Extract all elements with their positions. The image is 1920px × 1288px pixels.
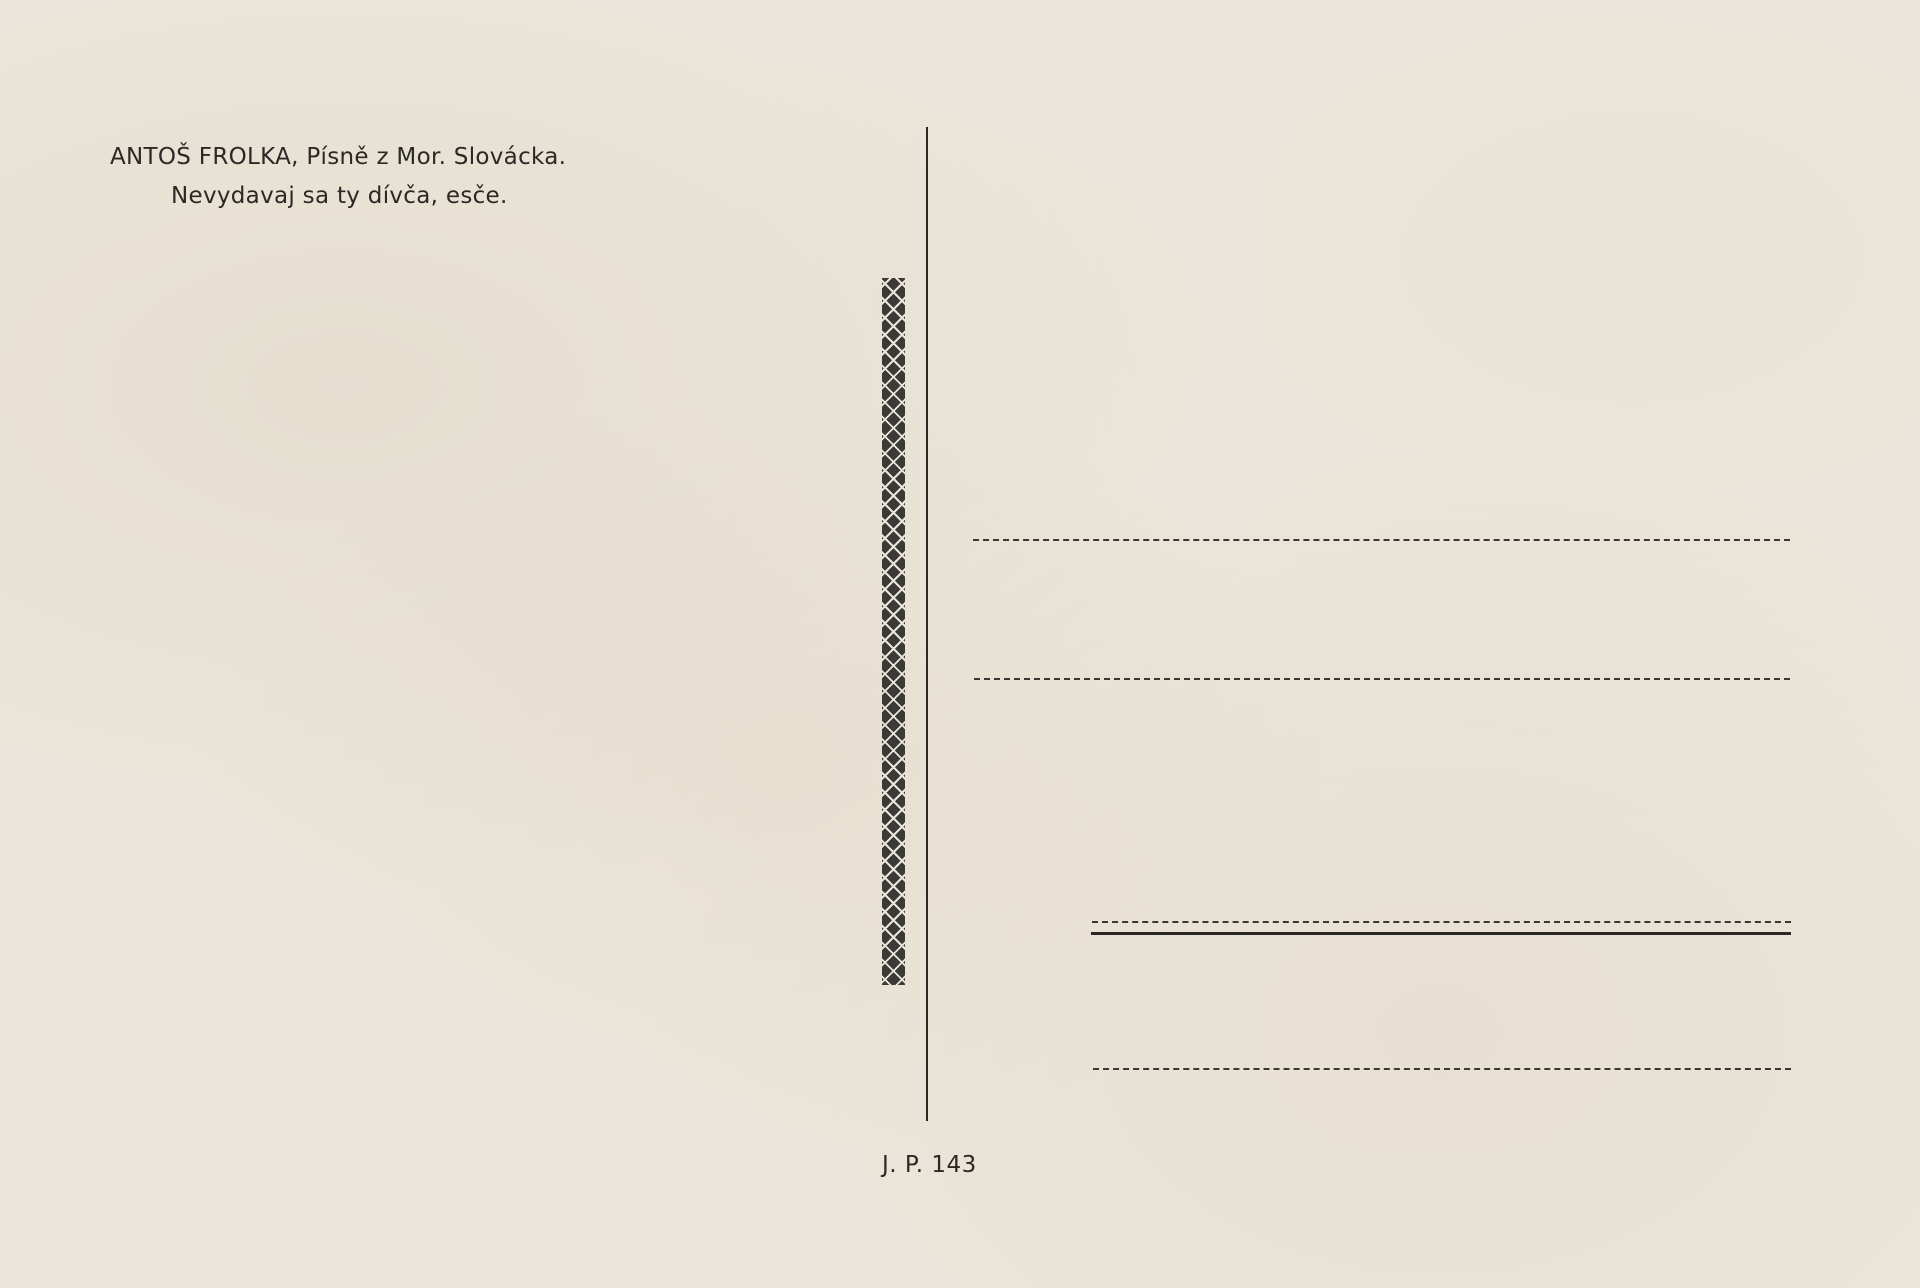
song-title: Nevydavaj sa ty dívča, esče. (171, 183, 508, 209)
address-line-1 (973, 539, 1790, 541)
decorative-ornament-band (882, 278, 905, 985)
center-divider-line (926, 127, 928, 1121)
artist-title: ANTOŠ FROLKA, Písně z Mor. Slovácka. (110, 144, 566, 170)
address-line-3 (1092, 921, 1791, 923)
address-underline-solid (1091, 932, 1791, 935)
address-line-4 (1093, 1068, 1791, 1070)
address-line-2 (974, 678, 1790, 680)
catalog-code: J. P. 143 (882, 1152, 977, 1178)
